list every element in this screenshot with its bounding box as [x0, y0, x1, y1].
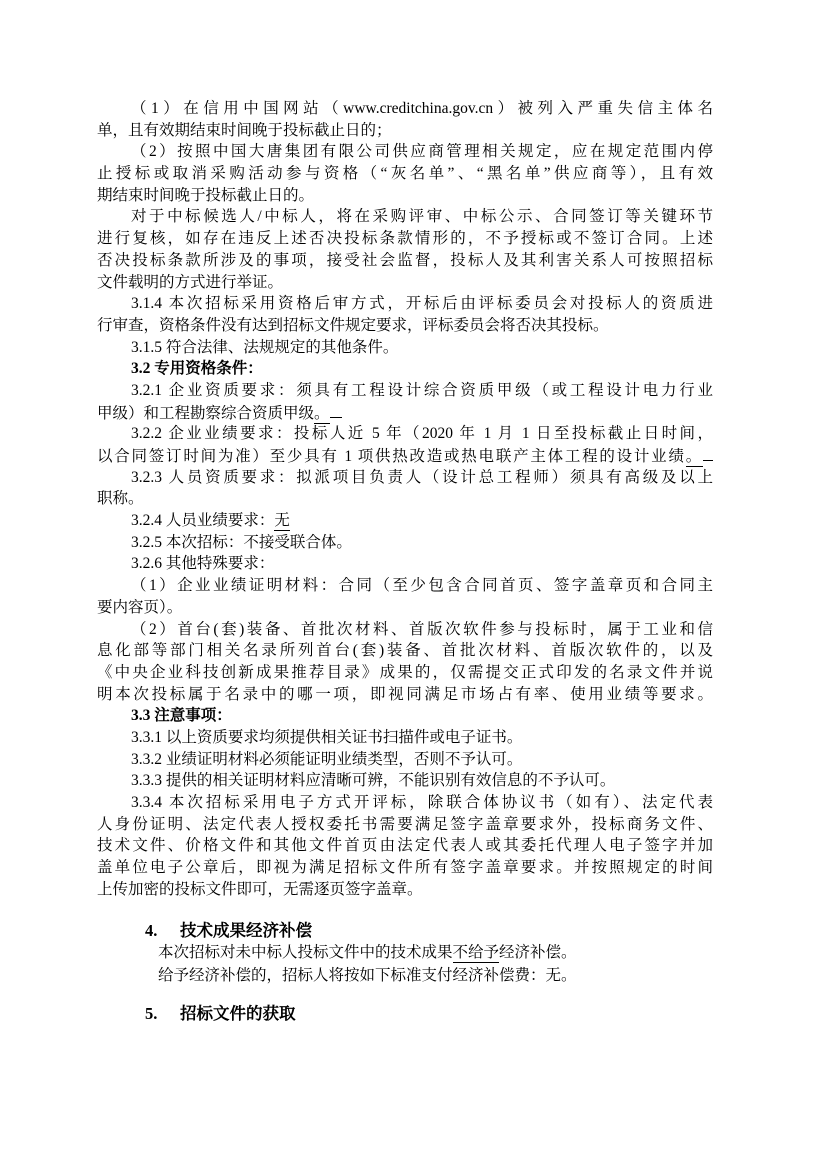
text-line: 3.3.1 以上资质要求均须提供相关证书扫描件或电子证书。: [97, 727, 713, 749]
text-line: 3.3.2 业绩证明材料必须能证明业绩类型，否则不予认可。: [97, 749, 713, 771]
text-segment: 文件载明的方式进行举证。: [97, 274, 283, 291]
section-5: 5.招标文件的获取: [97, 1002, 713, 1025]
text-segment: 单，且有效期结束时间晚于投标截止日的；: [97, 122, 392, 139]
underlined-text: 。: [686, 448, 703, 467]
text-line: 进行复核，如存在违反上述否决投标条款情形的，不予授标或不签订合同。上述: [97, 228, 713, 250]
text-line: 文件载明的方式进行举证。: [97, 272, 713, 294]
text-line: 上传加密的投标文件即可，无需逐页签字盖章。: [97, 879, 713, 901]
text-segment: 本次招标对未中标人投标文件中的技术成果: [158, 944, 453, 961]
underline-extension: [703, 445, 713, 461]
text-line: 职称。: [97, 488, 713, 510]
text-segment: 《中央企业科技创新成果推荐目录》成果的，仅需提交正式印发的名录文件并说: [97, 664, 713, 681]
text-segment: 3.2.2 企业业绩要求：投标人近 5 年（2020 年 1 月 1 日至投标截…: [131, 425, 713, 442]
text-line: 息化部等部门相关名录所列首台(套)装备、首批次材料、首版次软件的，以及: [97, 640, 713, 662]
text-line: （1）企业业绩证明材料：合同（至少包含合同首页、签字盖章页和合同主: [97, 575, 713, 597]
text-line: 期结束时间晚于投标截止日的。: [97, 185, 713, 207]
text-segment: 3.2 专用资格条件：: [131, 360, 263, 377]
text-line: 对于中标候选人/中标人，将在采购评审、中标公示、合同签订等关键环节: [97, 206, 713, 228]
text-segment: 3.2.1 企业资质要求：须具有工程设计综合资质甲级（或工程设计电力行业: [131, 382, 713, 399]
text-segment: 盖单位电子公章后，即视为满足招标文件所有签字盖章要求。并按照规定的时间: [97, 859, 713, 876]
text-segment: 否决投标条款所涉及的事项，接受社会监督，投标人及其利害关系人可按照招标: [97, 252, 713, 269]
text-line: 甲级）和工程勘察综合资质甲级。: [97, 402, 713, 424]
text-line: 3.2.3 人员资质要求：拟派项目负责人（设计总工程师）须具有高级及以上: [97, 467, 713, 489]
text-segment: 上传加密的投标文件即可，无需逐页签字盖章。: [97, 881, 423, 898]
text-segment: 3.2.5 本次招标：不接受联合体。: [131, 534, 352, 551]
text-segment: 3.3.2 业绩证明材料必须能证明业绩类型，否则不予认可。: [131, 751, 522, 768]
text-segment: 3.1.5 符合法律、法规规定的其他条件。: [131, 339, 398, 356]
text-segment: 职称。: [97, 490, 144, 507]
document-page: （1）在信用中国网站（www.creditchina.gov.cn）被列入严重失…: [0, 0, 827, 1169]
text-segment: 行审查，资格条件没有达到招标文件规定要求，评标委员会将否决其投标。: [97, 317, 609, 334]
text-segment: （1）在信用中国网站（www.creditchina.gov.cn）被列入严重失…: [131, 100, 713, 117]
text-line: 止授标或取消采购活动参与资格（“灰名单”、“黑名单”供应商等），且有效: [97, 163, 713, 185]
text-segment: 3.3 注意事项：: [131, 707, 232, 724]
underline-extension: [330, 402, 342, 418]
text-segment: 3.3.4 本次招标采用电子方式开评标，除联合体协议书（如有）、法定代表: [131, 794, 713, 811]
text-line: 3.2.2 企业业绩要求：投标人近 5 年（2020 年 1 月 1 日至投标截…: [97, 423, 713, 445]
text-line: 明本次投标属于名录中的哪一项，即视同满足市场占有率、使用业绩等要求。: [97, 684, 713, 706]
text-line: 3.2.1 企业资质要求：须具有工程设计综合资质甲级（或工程设计电力行业: [97, 380, 713, 402]
text-segment: 息化部等部门相关名录所列首台(套)装备、首批次材料、首版次软件的，以及: [97, 642, 713, 659]
text-segment: 技术文件、价格文件和其他文件首页由法定代表人或其委托代理人电子签字并加: [97, 837, 713, 854]
text-segment: 进行复核，如存在违反上述否决投标条款情形的，不予授标或不签订合同。上述: [97, 230, 713, 247]
text-line: 3.1.4 本次招标采用资格后审方式，开标后由评标委员会对投标人的资质进: [97, 293, 713, 315]
section-4-heading: 4.技术成果经济补偿: [97, 919, 713, 942]
text-segment: 3.3.1 以上资质要求均须提供相关证书扫描件或电子证书。: [131, 729, 522, 746]
section-5-title: 招标文件的获取: [180, 1004, 296, 1023]
document-content: （1）在信用中国网站（www.creditchina.gov.cn）被列入严重失…: [97, 98, 713, 1025]
text-segment: 3.2.3 人员资质要求：拟派项目负责人（设计总工程师）须具有高级及以上: [131, 469, 713, 486]
text-segment: 要内容页）。: [97, 599, 182, 616]
text-line: 单，且有效期结束时间晚于投标截止日的；: [97, 120, 713, 142]
section-5-heading: 5.招标文件的获取: [97, 1002, 713, 1025]
text-line: （2）首台(套)装备、首批次材料、首版次软件参与投标时，属于工业和信: [97, 619, 713, 641]
text-segment: 止授标或取消采购活动参与资格（“灰名单”、“黑名单”供应商等），且有效: [97, 165, 713, 182]
text-line: 要内容页）。: [97, 597, 713, 619]
text-line: 3.2.4 人员业绩要求：无: [97, 510, 713, 532]
text-line: 3.2.5 本次招标：不接受联合体。: [97, 532, 713, 554]
text-line: 人身份证明、法定代表人授权委托书需要满足签字盖章要求外，投标商务文件、: [97, 814, 713, 836]
clause-heading-line: 3.3 注意事项：: [97, 705, 713, 727]
text-line: 3.2.6 其他特殊要求：: [97, 553, 713, 575]
text-line: 3.3.4 本次招标采用电子方式开评标，除联合体协议书（如有）、法定代表: [97, 792, 713, 814]
underlined-text: 。: [314, 405, 330, 424]
text-segment: 经济补偿。: [499, 944, 577, 961]
text-line: 3.1.5 符合法律、法规规定的其他条件。: [97, 337, 713, 359]
text-segment: 对于中标候选人/中标人，将在采购评审、中标公示、合同签订等关键环节: [131, 208, 713, 225]
text-segment: 3.2.6 其他特殊要求：: [131, 555, 274, 572]
text-line: 3.3.3 提供的相关证明材料应清晰可辨，不能识别有效信息的不予认可。: [97, 770, 713, 792]
underlined-text: 不给予: [453, 944, 500, 963]
underlined-text: 无: [274, 512, 290, 531]
text-segment: 期结束时间晚于投标截止日的。: [97, 187, 314, 204]
text-line: 以合同签订时间为准）至少具有 1 项供热改造或热电联产主体工程的设计业绩。: [97, 445, 713, 467]
section-paragraph: 本次招标对未中标人投标文件中的技术成果不给予经济补偿。: [97, 942, 713, 965]
text-line: 行审查，资格条件没有达到招标文件规定要求，评标委员会将否决其投标。: [97, 315, 713, 337]
clause-heading-line: 3.2 专用资格条件：: [97, 358, 713, 380]
text-segment: （2）首台(套)装备、首批次材料、首版次软件参与投标时，属于工业和信: [131, 621, 713, 638]
text-line: 技术文件、价格文件和其他文件首页由法定代表人或其委托代理人电子签字并加: [97, 835, 713, 857]
section-5-number: 5.: [145, 1002, 180, 1025]
text-segment: 3.3.3 提供的相关证明材料应清晰可辨，不能识别有效信息的不予认可。: [131, 772, 615, 789]
text-segment: （1）企业业绩证明材料：合同（至少包含合同首页、签字盖章页和合同主: [131, 577, 713, 594]
text-segment: 3.2.4 人员业绩要求：: [131, 512, 274, 529]
text-line: 盖单位电子公章后，即视为满足招标文件所有签字盖章要求。并按照规定的时间: [97, 857, 713, 879]
text-segment: 甲级）和工程勘察综合资质甲级: [97, 405, 314, 422]
text-segment: 明本次投标属于名录中的哪一项，即视同满足市场占有率、使用业绩等要求。: [97, 686, 713, 703]
text-segment: 人身份证明、法定代表人授权委托书需要满足签字盖章要求外，投标商务文件、: [97, 816, 713, 833]
text-segment: 给予经济补偿的，招标人将按如下标准支付经济补偿费：无。: [158, 967, 577, 984]
section-4-title: 技术成果经济补偿: [180, 921, 312, 940]
section-paragraph: 给予经济补偿的，招标人将按如下标准支付经济补偿费：无。: [97, 965, 713, 988]
text-line: （1）在信用中国网站（www.creditchina.gov.cn）被列入严重失…: [97, 98, 713, 120]
section-4-number: 4.: [145, 919, 180, 942]
text-segment: 3.1.4 本次招标采用资格后审方式，开标后由评标委员会对投标人的资质进: [131, 295, 713, 312]
section-4: 4.技术成果经济补偿 本次招标对未中标人投标文件中的技术成果不给予经济补偿。给予…: [97, 919, 713, 988]
document-body: （1）在信用中国网站（www.creditchina.gov.cn）被列入严重失…: [97, 98, 713, 900]
section-4-paragraphs: 本次招标对未中标人投标文件中的技术成果不给予经济补偿。给予经济补偿的，招标人将按…: [97, 942, 713, 988]
text-line: 《中央企业科技创新成果推荐目录》成果的，仅需提交正式印发的名录文件并说: [97, 662, 713, 684]
text-line: 否决投标条款所涉及的事项，接受社会监督，投标人及其利害关系人可按照招标: [97, 250, 713, 272]
text-segment: （2）按照中国大唐集团有限公司供应商管理相关规定，应在规定范围内停: [131, 143, 713, 160]
text-line: （2）按照中国大唐集团有限公司供应商管理相关规定，应在规定范围内停: [97, 141, 713, 163]
text-segment: 以合同签订时间为准）至少具有 1 项供热改造或热电联产主体工程的设计业绩: [97, 448, 686, 465]
